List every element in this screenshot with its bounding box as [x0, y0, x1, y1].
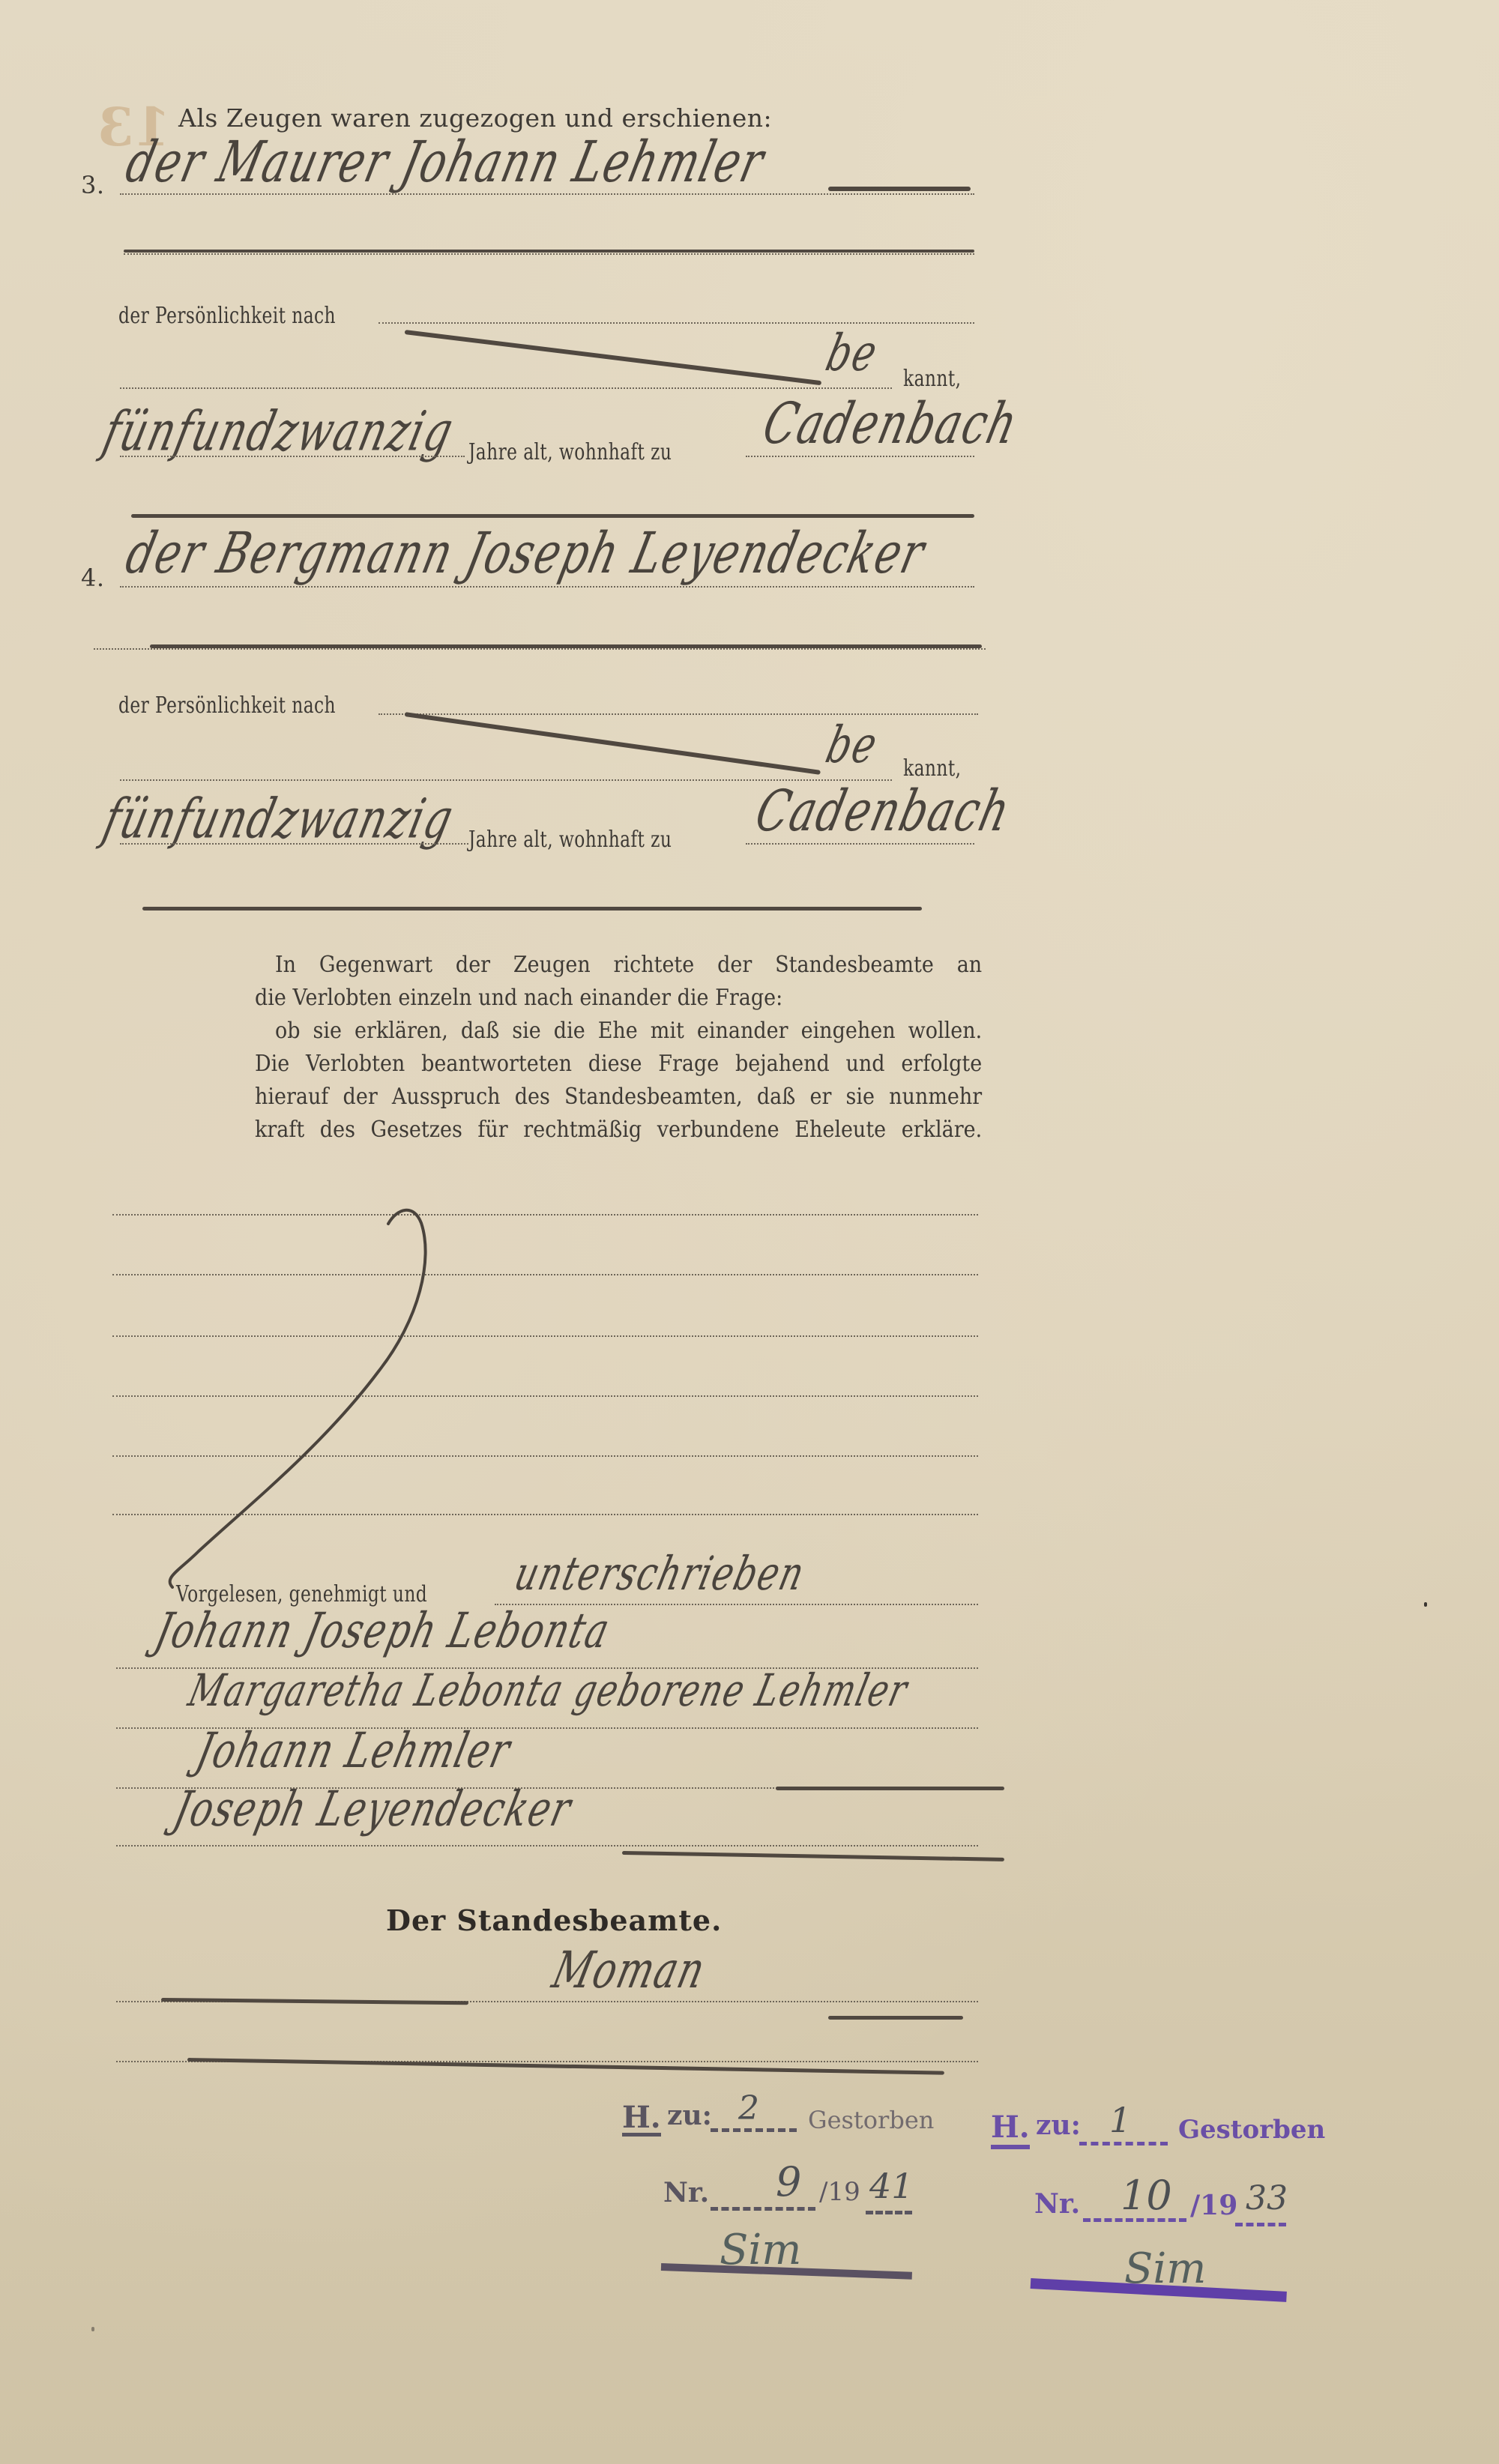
- witness-4-residence: Cadenbach: [749, 779, 1017, 845]
- stamp-field-line: [711, 2128, 797, 2132]
- stamp-status: Gestorben: [1178, 2115, 1325, 2145]
- stamp-zu-label: zu:: [1036, 2110, 1081, 2141]
- stamp-year-suffix: 33: [1246, 2179, 1288, 2217]
- blank-line: [124, 253, 974, 255]
- declaration-line: hierauf der Ausspruch des Standesbeamten…: [255, 1081, 982, 1114]
- stamp-underline: [622, 2133, 661, 2137]
- stamp-field-line: [711, 2207, 815, 2211]
- fill-stroke: [828, 2016, 963, 2020]
- witness-3-age: fünfundzwanzig: [97, 399, 460, 463]
- blank-line: [94, 648, 986, 650]
- signature-witness-4: Joseph Leyendecker: [169, 1781, 577, 1838]
- witness-4-age-label: Jahre alt, wohnhaft zu: [468, 827, 672, 853]
- document-page: 13 Als Zeugen waren zugezogen und erschi…: [0, 0, 1499, 2464]
- paper-speck: [91, 2327, 94, 2331]
- fill-stroke: [150, 644, 982, 648]
- stamp-initials: Sim: [720, 2226, 801, 2274]
- signature-bride: Margaretha Lebonta geborene Lehmler: [184, 1665, 914, 1717]
- fill-stroke: [776, 1787, 1004, 1790]
- stamp-year-prefix: /19: [819, 2177, 860, 2207]
- fill-stroke: [161, 1998, 468, 2005]
- declaration-paragraph: In Gegenwart der Zeugen richtete der Sta…: [255, 949, 982, 1147]
- blank-line: [120, 843, 468, 845]
- fill-stroke: [124, 250, 974, 253]
- stamp-field-line: [866, 2211, 912, 2214]
- witness-4-identity-hand: be: [821, 716, 884, 774]
- fill-stroke: [622, 1851, 1004, 1861]
- death-stamp-1941: H. zu: 2 Gestorben Nr. 9 /19 41 Sim: [600, 2083, 937, 2331]
- stamp-nr-value: 9: [776, 2158, 801, 2205]
- witness-4-identity-suffix: kannt,: [903, 755, 961, 782]
- witness-3-residence: Cadenbach: [757, 391, 1025, 457]
- witness-4-name: der Bergmann Joseph Leyendecker: [120, 521, 932, 587]
- fill-stroke: [828, 187, 971, 191]
- stamp-zu-value: 1: [1109, 2100, 1131, 2140]
- witness-3-identity-hand: be: [821, 324, 884, 382]
- stamp-zu-label: zu:: [667, 2100, 712, 2131]
- fill-stroke: [142, 907, 922, 911]
- cancel-flourish: [75, 1199, 495, 1589]
- stamp-h-label: H.: [991, 2110, 1030, 2145]
- witness-heading: Als Zeugen waren zugezogen und erschiene…: [178, 103, 772, 133]
- fill-stroke: [131, 514, 974, 518]
- death-stamp-1933: H. zu: 1 Gestorben Nr. 10 /19 33 Sim: [974, 2091, 1312, 2338]
- strike-stroke: [405, 330, 822, 385]
- signature-line: [116, 1845, 978, 1847]
- declaration-line: die Verlobten einzeln und nach einander …: [255, 982, 982, 1015]
- stamp-year-prefix: /19: [1190, 2190, 1237, 2221]
- declaration-line: ob sie erklären, daß sie die Ehe mit ein…: [255, 1015, 982, 1048]
- witness-3-identity-suffix: kannt,: [903, 366, 961, 392]
- registrar-signature: Moman: [547, 1941, 712, 1999]
- witness-4-number: 4.: [81, 564, 105, 592]
- signature-groom: Johann Joseph Lebonta: [150, 1602, 616, 1659]
- witness-3-number: 3.: [81, 171, 105, 199]
- blank-line: [120, 456, 465, 457]
- witness-4-identity-label: der Persönlichkeit nach: [118, 692, 336, 719]
- witness-3-age-label: Jahre alt, wohnhaft zu: [468, 439, 672, 465]
- stamp-year-suffix: 41: [869, 2166, 914, 2206]
- stamp-field-line: [1079, 2142, 1168, 2146]
- paper-speck: [1424, 1602, 1427, 1607]
- blank-line: [378, 322, 974, 324]
- blank-line: [378, 713, 978, 715]
- registrar-label: Der Standesbeamte.: [386, 1903, 722, 1937]
- stamp-underline: [991, 2145, 1030, 2149]
- declaration-line: In Gegenwart der Zeugen richtete der Sta…: [255, 949, 982, 982]
- stamp-nr-value: 10: [1121, 2172, 1172, 2219]
- blank-line: [120, 387, 892, 389]
- witness-3-identity-label: der Persönlichkeit nach: [118, 303, 336, 329]
- stamp-initials: Sim: [1124, 2244, 1206, 2293]
- strike-stroke: [405, 712, 821, 775]
- stamp-nr-label: Nr.: [663, 2177, 709, 2208]
- declaration-line: kraft des Gesetzes für rechtmäßig verbun…: [255, 1114, 982, 1147]
- stamp-status: Gestorben: [808, 2106, 934, 2134]
- stamp-h-label: H.: [622, 2100, 661, 2135]
- witness-3-name: der Maurer Johann Lehmler: [120, 130, 771, 196]
- stamp-field-line: [1235, 2223, 1286, 2226]
- approval-handwritten: unterschrieben: [510, 1546, 811, 1601]
- witness-4-age: fünfundzwanzig: [97, 787, 460, 851]
- stamp-zu-value: 2: [738, 2089, 759, 2128]
- signature-witness-3: Johann Lehmler: [191, 1722, 516, 1779]
- stamp-nr-label: Nr.: [1034, 2188, 1080, 2220]
- declaration-line: Die Verlobten beantworteten diese Frage …: [255, 1048, 982, 1081]
